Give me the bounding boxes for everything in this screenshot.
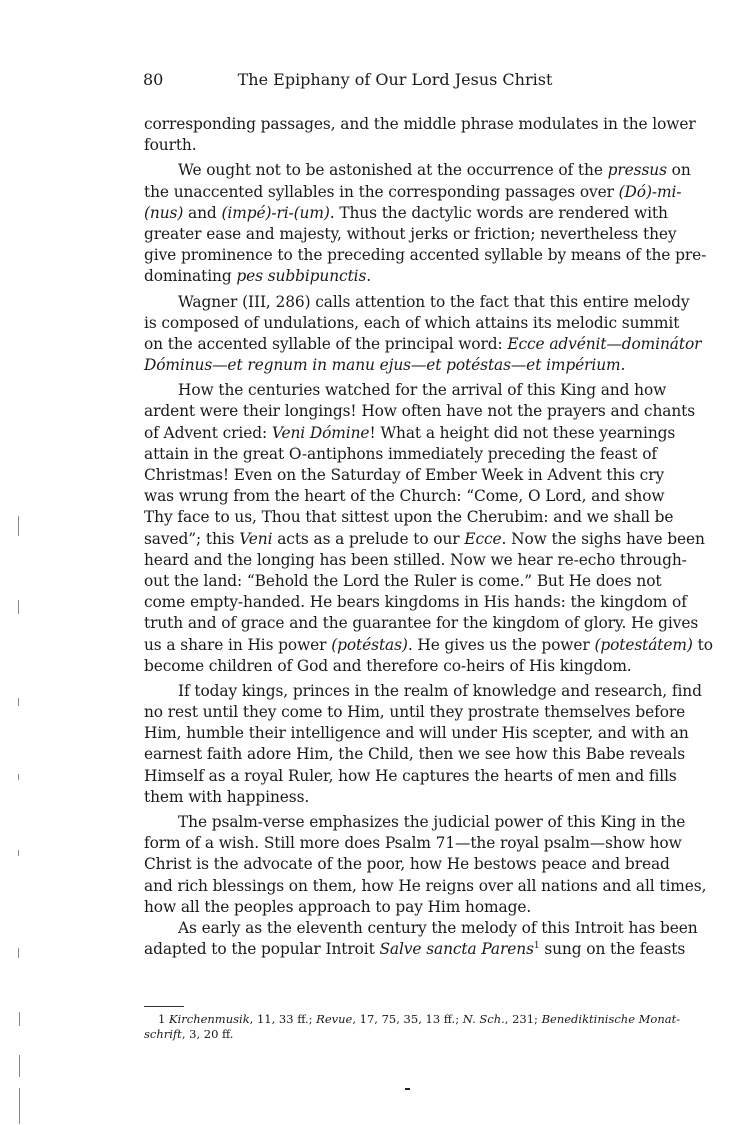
text-line: give prominence to the preceding accente… bbox=[144, 245, 606, 266]
text-line: ardent were their longings! How often ha… bbox=[144, 401, 606, 422]
paragraph: corresponding passages, and the middle p… bbox=[144, 114, 606, 156]
italic-run: Salve sancta Parens bbox=[379, 940, 533, 958]
text-run: ardent were their longings! How often ha… bbox=[144, 402, 695, 420]
paragraph: Wagner (III, 286) calls attention to the… bbox=[144, 292, 606, 377]
text-run: give prominence to the preceding accente… bbox=[144, 246, 706, 264]
italic-run: Kirchenmusik bbox=[169, 1012, 250, 1026]
text-run: was wrung from the heart of the Church: … bbox=[144, 487, 664, 505]
italic-run: (nus) bbox=[144, 204, 183, 222]
text-line: saved”; this Veni acts as a prelude to o… bbox=[144, 529, 606, 550]
text-run: attain in the great O-antiphons immediat… bbox=[144, 445, 657, 463]
paragraph: As early as the eleventh century the mel… bbox=[144, 918, 606, 960]
scan-artifact bbox=[19, 1055, 20, 1077]
text-run: out the land: “Behold the Lord the Ruler… bbox=[144, 572, 661, 590]
text-line: no rest until they come to Him, until th… bbox=[144, 702, 606, 723]
paragraph: The psalm-verse emphasizes the judicial … bbox=[144, 812, 606, 918]
text-run: heard and the longing has been stilled. … bbox=[144, 551, 687, 569]
text-line: We ought not to be astonished at the occ… bbox=[144, 160, 606, 181]
italic-run: Benediktinische Monat- bbox=[542, 1012, 681, 1026]
text-run: of Advent cried: bbox=[144, 424, 272, 442]
text-run: Him, humble their intelligence and will … bbox=[144, 724, 689, 742]
text-run: We ought not to be astonished at the occ… bbox=[178, 161, 608, 179]
footnote-rule bbox=[144, 1006, 184, 1007]
italic-run: schrift bbox=[144, 1027, 182, 1041]
text-line: How the centuries watched for the arriva… bbox=[144, 380, 606, 401]
paragraph: How the centuries watched for the arriva… bbox=[144, 380, 606, 677]
italic-run: (potéstas) bbox=[331, 636, 408, 654]
text-line: Thy face to us, Thou that sittest upon t… bbox=[144, 507, 606, 528]
text-line: become children of God and therefore co-… bbox=[144, 656, 606, 677]
text-run: and bbox=[183, 204, 221, 222]
italic-run: Revue bbox=[316, 1012, 352, 1026]
text-run: Christ is the advocate of the poor, how … bbox=[144, 855, 670, 873]
text-line: Him, humble their intelligence and will … bbox=[144, 723, 606, 744]
paragraph: If today kings, princes in the realm of … bbox=[144, 681, 606, 808]
text-run: become children of God and therefore co-… bbox=[144, 657, 632, 675]
text-line: Wagner (III, 286) calls attention to the… bbox=[144, 292, 606, 313]
text-line: out the land: “Behold the Lord the Ruler… bbox=[144, 571, 606, 592]
footnote-line: schrift, 3, 20 ff. bbox=[144, 1027, 606, 1042]
text-run: earnest faith adore Him, the Child, then… bbox=[144, 745, 685, 763]
text-line: dominating pes subbipunctis. bbox=[144, 266, 606, 287]
text-run: saved”; this bbox=[144, 530, 239, 548]
italic-run: Veni bbox=[239, 530, 272, 548]
text-line: adapted to the popular Introit Salve san… bbox=[144, 939, 606, 960]
text-run: how all the peoples approach to pay Him … bbox=[144, 898, 531, 916]
text-line: is composed of undulations, each of whic… bbox=[144, 313, 606, 334]
text-line: of Advent cried: Veni Dómine! What a hei… bbox=[144, 423, 606, 444]
text-line: the unaccented syllables in the correspo… bbox=[144, 182, 606, 203]
text-run: . bbox=[366, 267, 371, 285]
text-line: fourth. bbox=[144, 135, 606, 156]
text-line: As early as the eleventh century the mel… bbox=[144, 918, 606, 939]
paragraph: We ought not to be astonished at the occ… bbox=[144, 160, 606, 287]
scan-artifact bbox=[18, 698, 19, 706]
text-run: fourth. bbox=[144, 136, 197, 154]
text-run: on bbox=[667, 161, 691, 179]
text-run: How the centuries watched for the arriva… bbox=[178, 381, 666, 399]
scan-artifact bbox=[18, 850, 19, 856]
text-run: corresponding passages, and the middle p… bbox=[144, 115, 696, 133]
text-run: , 231; bbox=[505, 1012, 542, 1026]
text-line: heard and the longing has been stilled. … bbox=[144, 550, 606, 571]
text-run: the unaccented syllables in the correspo… bbox=[144, 183, 619, 201]
italic-run: (potestátem) bbox=[594, 636, 692, 654]
italic-run: (Dó)-mi- bbox=[619, 183, 682, 201]
text-line: Christmas! Even on the Saturday of Ember… bbox=[144, 465, 606, 486]
text-line: The psalm-verse emphasizes the judicial … bbox=[144, 812, 606, 833]
italic-run: Dóminus—et regnum in manu ejus—et potést… bbox=[144, 356, 625, 374]
text-run: If today kings, princes in the realm of … bbox=[178, 682, 702, 700]
scan-speck bbox=[405, 1088, 410, 1090]
text-run: adapted to the popular Introit bbox=[144, 940, 379, 958]
text-run: on the accented syllable of the principa… bbox=[144, 335, 507, 353]
text-run: , 11, 33 ff.; bbox=[250, 1012, 317, 1026]
footnote-line: 1 Kirchenmusik, 11, 33 ff.; Revue, 17, 7… bbox=[144, 1012, 606, 1027]
text-run: . Thus the dactylic words are rendered w… bbox=[330, 204, 668, 222]
text-line: truth and of grace and the guarantee for… bbox=[144, 613, 606, 634]
text-run: come empty-handed. He bears kingdoms in … bbox=[144, 593, 687, 611]
text-run: dominating bbox=[144, 267, 236, 285]
text-run: ! What a height did not these yearnings bbox=[369, 424, 675, 442]
text-run: us a share in His power bbox=[144, 636, 331, 654]
text-run: , 3, 20 ff. bbox=[182, 1027, 234, 1041]
text-run: form of a wish. Still more does Psalm 71… bbox=[144, 834, 682, 852]
scan-artifact bbox=[19, 1088, 20, 1124]
scan-artifact bbox=[19, 1012, 20, 1026]
italic-run: pes subbipunctis bbox=[236, 267, 366, 285]
text-run: truth and of grace and the guarantee for… bbox=[144, 614, 698, 632]
scan-artifact bbox=[18, 600, 19, 614]
text-run: As early as the eleventh century the mel… bbox=[178, 919, 698, 937]
text-run: Christmas! Even on the Saturday of Ember… bbox=[144, 466, 664, 484]
footnote: 1 Kirchenmusik, 11, 33 ff.; Revue, 17, 7… bbox=[144, 1012, 606, 1042]
footnotes: 1 Kirchenmusik, 11, 33 ff.; Revue, 17, 7… bbox=[144, 1012, 606, 1042]
text-run: Wagner (III, 286) calls attention to the… bbox=[178, 293, 689, 311]
text-line: come empty-handed. He bears kingdoms in … bbox=[144, 592, 606, 613]
text-line: greater ease and majesty, without jerks … bbox=[144, 224, 606, 245]
text-line: and rich blessings on them, how He reign… bbox=[144, 876, 606, 897]
text-run: . He gives us the power bbox=[408, 636, 595, 654]
text-line: corresponding passages, and the middle p… bbox=[144, 114, 606, 135]
document-page: 80 The Epiphany of Our Lord Jesus Christ… bbox=[0, 0, 744, 1125]
text-line: Dóminus—et regnum in manu ejus—et potést… bbox=[144, 355, 606, 376]
text-run: The psalm-verse emphasizes the judicial … bbox=[178, 813, 685, 831]
text-line: us a share in His power (potéstas). He g… bbox=[144, 635, 606, 656]
text-line: them with happiness. bbox=[144, 787, 606, 808]
italic-run: Veni Dómine bbox=[272, 424, 370, 442]
text-line: how all the peoples approach to pay Him … bbox=[144, 897, 606, 918]
text-run: , 17, 75, 35, 13 ff.; bbox=[352, 1012, 462, 1026]
text-run: is composed of undulations, each of whic… bbox=[144, 314, 679, 332]
scan-artifact bbox=[18, 516, 19, 536]
text-line: was wrung from the heart of the Church: … bbox=[144, 486, 606, 507]
text-run: . Now the sighs have been bbox=[502, 530, 705, 548]
italic-run: Ecce advénit—dominátor bbox=[507, 335, 701, 353]
text-run: Thy face to us, Thou that sittest upon t… bbox=[144, 508, 673, 526]
text-line: If today kings, princes in the realm of … bbox=[144, 681, 606, 702]
text-run: greater ease and majesty, without jerks … bbox=[144, 225, 677, 243]
text-line: Christ is the advocate of the poor, how … bbox=[144, 854, 606, 875]
text-line: earnest faith adore Him, the Child, then… bbox=[144, 744, 606, 765]
text-run: no rest until they come to Him, until th… bbox=[144, 703, 685, 721]
body-text: corresponding passages, and the middle p… bbox=[144, 114, 606, 960]
scan-artifact bbox=[18, 774, 19, 780]
text-run: them with happiness. bbox=[144, 788, 309, 806]
text-line: (nus) and (impé)-ri-(um). Thus the dacty… bbox=[144, 203, 606, 224]
text-line: form of a wish. Still more does Psalm 71… bbox=[144, 833, 606, 854]
running-title: The Epiphany of Our Lord Jesus Christ bbox=[143, 70, 607, 89]
text-run: sung on the feasts bbox=[540, 940, 686, 958]
text-line: Himself as a royal Ruler, how He capture… bbox=[144, 766, 606, 787]
italic-run: (impé)-ri-(um) bbox=[221, 204, 329, 222]
italic-run: Ecce bbox=[464, 530, 501, 548]
text-line: attain in the great O-antiphons immediat… bbox=[144, 444, 606, 465]
text-run: 1 bbox=[158, 1012, 169, 1026]
text-run: Himself as a royal Ruler, how He capture… bbox=[144, 767, 677, 785]
italic-run: pressus bbox=[608, 161, 667, 179]
text-run: and rich blessings on them, how He reign… bbox=[144, 877, 706, 895]
text-run: acts as a prelude to our bbox=[272, 530, 464, 548]
scan-artifact bbox=[18, 948, 19, 958]
text-line: on the accented syllable of the principa… bbox=[144, 334, 606, 355]
page-header: 80 The Epiphany of Our Lord Jesus Christ bbox=[143, 70, 607, 94]
italic-run: N. Sch. bbox=[463, 1012, 505, 1026]
text-run: to bbox=[693, 636, 713, 654]
